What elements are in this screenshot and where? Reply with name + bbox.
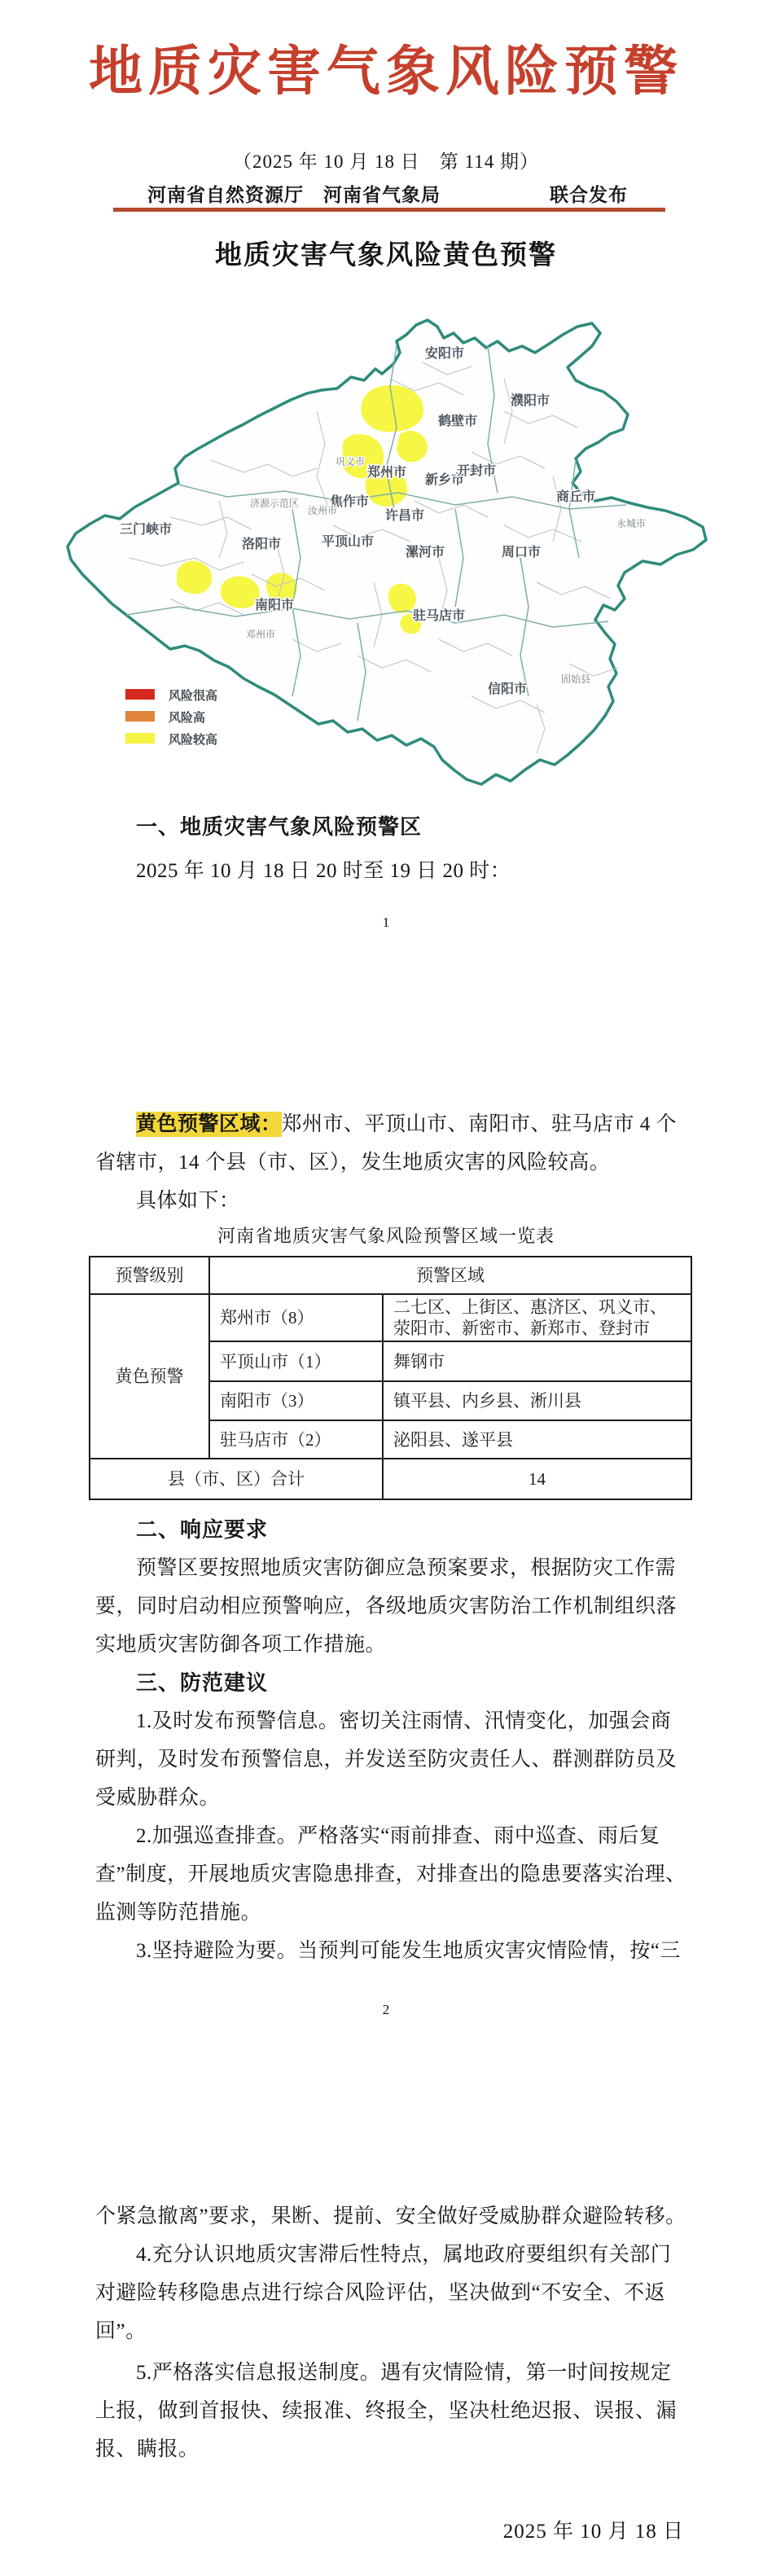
body-line: 3.坚持避险为要。当预判可能发生地质灾害灾情险情，按“三 <box>95 1932 677 1970</box>
body-line: 监测等防范措施。 <box>95 1894 677 1932</box>
publisher-names: 河南省自然资源厅 河南省气象局 <box>147 180 441 207</box>
table-cell-areas: 泌阳县、遂平县 <box>383 1420 691 1459</box>
map-label: 汝州市 <box>308 505 337 516</box>
legend-label-very-high: 风险很高 <box>169 688 217 703</box>
header-divider <box>113 208 665 212</box>
body-line: 实地质灾害防御各项工作措施。 <box>95 1626 677 1664</box>
page-number-1: 1 <box>0 908 772 937</box>
body-line: 报、瞒报。 <box>95 2430 677 2468</box>
table-footer-row: 县（市、区）合计 14 <box>90 1459 691 1499</box>
table-cell-city: 驻马店市（2） <box>209 1420 383 1459</box>
body-line: 4.充分认识地质灾害滞后性特点，属地政府要组织有关部门 <box>95 2236 677 2274</box>
map-label: 开封市 <box>457 463 496 478</box>
body-line: 受威胁群众。 <box>95 1779 677 1817</box>
table-cell-areas: 二七区、上街区、惠济区、巩义市、荥阳市、新密市、新郑市、登封市 <box>383 1294 691 1341</box>
legend-swatch-high <box>125 711 155 722</box>
section3-heading: 三、防范建议 <box>95 1664 717 1702</box>
legend-swatch-very-high <box>125 689 155 700</box>
page-number-2: 2 <box>0 1995 772 2025</box>
map-legend: 风险很高 风险高 风险较高 <box>125 688 217 747</box>
map-label: 永城市 <box>616 518 646 529</box>
legend-label-high: 风险高 <box>169 710 205 725</box>
table-header-row: 预警级别 预警区域 <box>90 1257 691 1294</box>
map-label: 安阳市 <box>425 345 464 361</box>
issue-line: （2025 年 10 月 18 日 第 114 期） <box>0 147 772 173</box>
body-line: 回”。 <box>95 2312 677 2350</box>
map-label: 商丘市 <box>556 489 595 504</box>
legend-label-moderate: 风险较高 <box>169 732 217 747</box>
body-line: 要，同时启动相应预警响应，各级地质灾害防治工作机制组织落 <box>95 1587 677 1626</box>
body-line: 5.严格落实信息报送制度。遇有灾情险情，第一时间按规定 <box>95 2354 677 2392</box>
map-label: 驻马店市 <box>413 608 465 623</box>
body-line: 1.及时发布预警信息。密切关注雨情、汛情变化，加强会商 <box>95 1702 677 1740</box>
publisher-row: 河南省自然资源厅 河南省气象局 联合发布 <box>147 180 628 207</box>
map-label: 周口市 <box>502 544 541 560</box>
table-cell-city: 南阳市（3） <box>209 1381 383 1420</box>
table-cell-areas: 镇平县、内乡县、淅川县 <box>383 1381 691 1420</box>
page-title: 地质灾害气象风险预警 <box>0 28 772 105</box>
body-line: 个紧急撤离”要求，果断、提前、安全做好受威胁群众避险转移。 <box>95 2197 677 2236</box>
map-label: 郑州市 <box>366 464 406 480</box>
yellow-warning-line2: 省辖市，14 个县（市、区），发生地质灾害的风险较高。 <box>95 1143 677 1182</box>
table-footer-label: 县（市、区）合计 <box>90 1459 383 1499</box>
map-label: 许昌市 <box>385 507 424 523</box>
section2-heading: 二、响应要求 <box>95 1511 717 1549</box>
table-cell-city: 郑州市（8） <box>209 1294 383 1341</box>
table-title: 河南省地质灾害气象风险预警区域一览表 <box>0 1220 772 1253</box>
signature-date: 2025 年 10 月 18 日 <box>0 2512 684 2551</box>
joint-publish-label: 联合发布 <box>550 180 628 207</box>
yellow-warning-cities: 郑州市、平顶山市、南阳市、驻马店市 4 个 <box>282 1113 678 1135</box>
map-label: 邓州市 <box>246 629 275 640</box>
body-line: 对避险转移隐患点进行综合风险评估，坚决做到“不安全、不返 <box>95 2274 677 2312</box>
map-label: 固始县 <box>561 673 590 685</box>
map-label: 巩义市 <box>336 456 365 467</box>
body-line: 2.加强巡查排查。严格落实“雨前排查、雨中巡查、雨后复 <box>95 1817 677 1855</box>
table-footer-total: 14 <box>383 1459 691 1499</box>
body-line: 研判，及时发布预警信息，并发送至防灾责任人、群测群防员及 <box>95 1740 677 1779</box>
yellow-warning-highlight: 黄色预警区域： <box>136 1112 282 1137</box>
section1-heading: 一、地质灾害气象风险预警区 <box>95 808 717 846</box>
henan-risk-map: 安阳市 濮阳市 鹤壁市 新乡市 焦作市 济源示范区 三门峡市 洛阳市 巩义市 郑… <box>48 314 724 802</box>
map-label: 鹤壁市 <box>437 413 477 428</box>
bulletin-document: 地质灾害气象风险预警 （2025 年 10 月 18 日 第 114 期） 河南… <box>0 0 772 2576</box>
table-cell-city: 平顶山市（1） <box>209 1341 383 1381</box>
map-label: 信阳市 <box>488 681 527 696</box>
col-header-warning-level: 预警级别 <box>90 1257 209 1294</box>
map-label: 济源示范区 <box>250 497 299 509</box>
map-label: 漯河市 <box>406 544 445 560</box>
table-cell-areas: 舞钢市 <box>383 1341 691 1381</box>
warning-regions-table: 预警级别 预警区域 黄色预警 郑州市（8） 二七区、上街区、惠济区、巩义市、荥阳… <box>89 1256 692 1500</box>
col-header-warning-region: 预警区域 <box>209 1257 691 1294</box>
details-intro: 具体如下： <box>95 1182 677 1220</box>
map-label: 平顶山市 <box>322 533 374 549</box>
forecast-time-range: 2025 年 10 月 18 日 20 时至 19 日 20 时： <box>95 852 677 890</box>
map-label: 濮阳市 <box>511 393 550 408</box>
map-label: 洛阳市 <box>242 536 281 551</box>
body-line: 预警区要按照地质灾害防御应急预案要求，根据防灾工作需 <box>95 1549 677 1587</box>
body-line: 上报，做到首报快、续报准、终报全，坚决杜绝迟报、误报、漏 <box>95 2392 677 2430</box>
yellow-warning-line1: 黄色预警区域：郑州市、平顶山市、南阳市、驻马店市 4 个 <box>95 1105 677 1143</box>
legend-swatch-moderate <box>125 733 155 744</box>
map-label: 三门峡市 <box>120 521 172 537</box>
warning-level-group: 黄色预警 <box>90 1294 209 1459</box>
table-row: 黄色预警 郑州市（8） 二七区、上街区、惠济区、巩义市、荥阳市、新密市、新郑市、… <box>90 1294 691 1341</box>
body-line: 查”制度，开展地质灾害隐患排查，对排查出的隐患要落实治理、 <box>95 1855 677 1894</box>
warning-subtitle: 地质灾害气象风险黄色预警 <box>0 234 772 272</box>
map-label: 南阳市 <box>255 597 294 612</box>
